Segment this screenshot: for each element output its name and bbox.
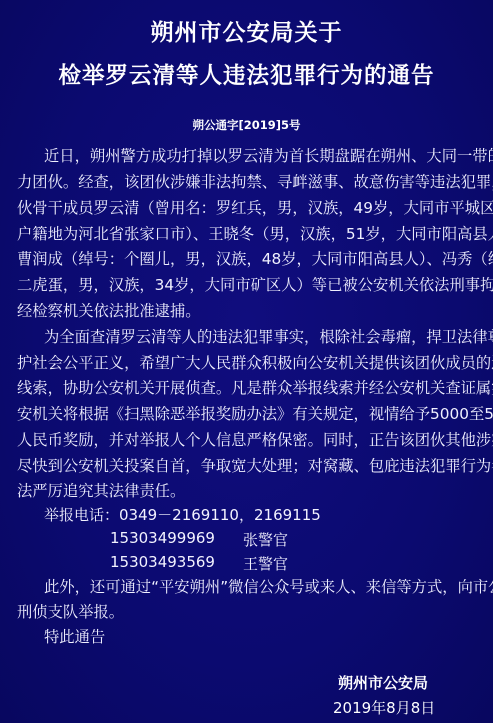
contact-phone: 15303499969: [110, 529, 215, 547]
paragraph-3-line: 刑侦支队举报。: [17, 602, 124, 622]
paragraph-1-line: 曹润成（绰号：个圈儿，男，汉族，48岁，大同市阳高县人）、冯秀（绰号：: [17, 249, 493, 269]
paragraph-2-line: 安机关将根据《扫黑除恶举报奖励办法》有关规定，视情给予5000至50000元: [17, 404, 493, 424]
closing-text: 特此通告: [44, 627, 105, 647]
contact-name: 张警官: [243, 529, 288, 550]
issuer-name: 朔州市公安局: [338, 672, 428, 693]
issue-date: 2019年8月8日: [333, 697, 435, 718]
paragraph-2-line: 法严厉追究其法律责任。: [17, 481, 185, 501]
paragraph-1-line: 二虎蛋，男，汉族，34岁，大同市矿区人）等已被公安机关依法刑事拘留，并: [17, 275, 493, 295]
document-number: 朔公通字[2019]5号: [0, 117, 493, 133]
paragraph-1-line: 伙骨干成员罗云清（曾用名：罗红兵，男，汉族，49岁，大同市平城区人，现: [17, 198, 493, 218]
title-line-1: 朔州市公安局关于: [0, 14, 493, 47]
contact-name: 王警官: [243, 553, 288, 574]
paragraph-2-line: 线索，协助公安机关开展侦查。凡是群众举报线索并经公安机关查证属实的，公: [17, 378, 493, 398]
paragraph-3-line: 此外，还可通过“平安朔州”微信公众号或来人、来信等方式，向市公安局: [44, 577, 493, 597]
notice-page: 朔州市公安局关于 检举罗云清等人违法犯罪行为的通告 朔公通字[2019]5号 近…: [0, 0, 493, 723]
paragraph-2-line: 尽快到公安机关投案自首，争取宽大处理；对窝藏、包庇违法犯罪行为者，将依: [17, 456, 493, 476]
paragraph-1-line: 力团伙。经查，该团伙涉嫌非法拘禁、寻衅滋事、故意伤害等违法犯罪，目前团: [17, 172, 493, 192]
hotline-label: 举报电话：0349－2169110，2169115: [44, 504, 321, 525]
title-line-2: 检举罗云清等人违法犯罪行为的通告: [0, 58, 493, 90]
paragraph-2-line: 为全面查清罗云清等人的违法犯罪事实，根除社会毒瘤，捍卫法律尊严，维: [44, 327, 493, 347]
paragraph-2-line: 护社会公平正义，希望广大人民群众积极向公安机关提供该团伙成员的违法犯罪: [17, 353, 493, 373]
paragraph-1-line: 近日，朔州警方成功打掉以罗云清为首长期盘踞在朔州、大同一带的黑恶势: [44, 146, 493, 166]
paragraph-2-line: 人民币奖励，并对举报人个人信息严格保密。同时，正告该团伙其他涉案人员，: [17, 430, 493, 450]
paragraph-1-line: 经检察机关依法批准逮捕。: [17, 301, 201, 321]
contact-phone: 15303493569: [110, 553, 215, 571]
paragraph-1-line: 户籍地为河北省张家口市）、王晓冬（男，汉族，51岁，大同市阳高县人）、: [17, 224, 493, 244]
